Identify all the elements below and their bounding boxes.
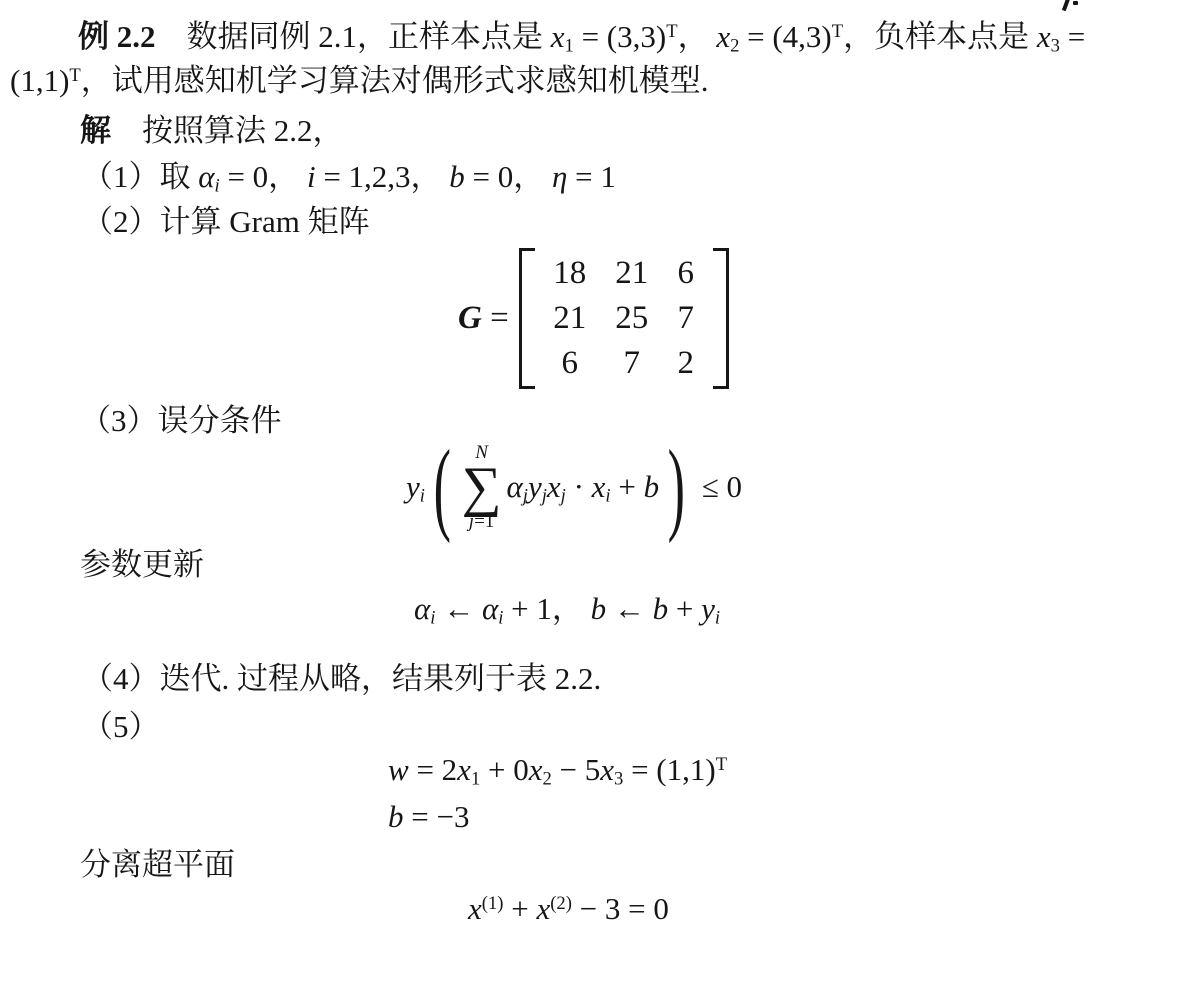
gram-matrix-lhs: G =	[458, 300, 509, 337]
math-token: 例 2.2	[78, 19, 156, 54]
solution-heading: 解 按照算法 2.2，	[80, 112, 344, 149]
math-token: ←	[435, 591, 482, 626]
misclass-body: αjyjxj · xi + b	[507, 469, 660, 505]
result-w-formula: w = 2x1 + 0x2 − 5x3 = (1,1)T	[388, 751, 727, 788]
math-token: = 1,2,3，	[316, 159, 450, 194]
math-token: +	[668, 591, 701, 626]
math-token: =	[482, 300, 509, 336]
math-token: ←	[606, 591, 653, 626]
matrix-cell: 7	[609, 341, 655, 386]
subscript: 3	[614, 769, 623, 790]
math-token: αi	[198, 159, 219, 194]
hyperplane-formula: x(1) + x(2) − 3 = 0	[468, 890, 669, 927]
math-token: = (1,1)T	[623, 752, 727, 787]
subscript: 1	[471, 769, 480, 790]
misclass-inequality: ≤ 0	[702, 469, 742, 505]
math-token: =1	[474, 511, 494, 532]
big-paren-open: (	[434, 444, 451, 529]
summation-lower-limit: j=1	[469, 512, 495, 531]
matrix-cell: 7	[671, 296, 701, 341]
sigma-symbol: ∑	[462, 462, 502, 512]
math-token: +	[503, 891, 536, 926]
example-intro-line2: (1,1)T，试用感知机学习算法对偶形式求感知机模型.	[10, 62, 709, 99]
subscript: 1	[565, 36, 574, 57]
matrix-cell: 6	[671, 251, 701, 296]
math-token: x(2)	[536, 891, 571, 926]
math-token: ，负样本点是	[843, 19, 1037, 54]
superscript: T	[69, 65, 80, 86]
math-token: = 0，	[465, 159, 552, 194]
math-token: xj	[547, 469, 566, 504]
matrix-cell: 18	[547, 251, 593, 296]
result-b-formula: b = −3	[388, 798, 469, 835]
math-token: （1）取	[82, 159, 198, 194]
matrix-cell: 2	[671, 341, 701, 386]
math-token: 数据同例 2.1，正样本点是	[156, 19, 551, 54]
math-token: b	[591, 591, 607, 626]
math-token: ，试用感知机学习算法对偶形式求感知机模型.	[81, 63, 709, 98]
math-token: x3	[600, 752, 623, 787]
math-token: x1	[457, 752, 480, 787]
math-token: + 1，	[503, 591, 590, 626]
math-token: = −3	[404, 799, 470, 834]
math-token: w	[388, 752, 409, 787]
step-5-label: （5）	[82, 708, 160, 745]
math-token: x2	[529, 752, 552, 787]
matrix-cell: 21	[609, 251, 655, 296]
math-token: (1,1)T	[10, 63, 81, 98]
math-token: αi	[482, 591, 503, 626]
math-token: x3	[1037, 19, 1060, 54]
scan-artifact	[1060, 0, 1084, 14]
math-token: = (3,3)T	[574, 19, 678, 54]
subscript: i	[715, 608, 720, 629]
math-token: x1	[551, 19, 574, 54]
step-2-gram-label: （2）计算 Gram 矩阵	[82, 203, 370, 240]
step-3-misclass-label: （3）误分条件	[80, 402, 282, 439]
math-token: =	[1060, 19, 1085, 54]
math-token: x(1)	[468, 891, 503, 926]
superscript: T	[666, 21, 677, 42]
math-token: yi	[406, 469, 425, 504]
gram-matrix-cells: 1821621257672	[535, 248, 713, 389]
math-token: yi	[701, 591, 720, 626]
step-4-iterate: （4）迭代. 过程从略，结果列于表 2.2.	[82, 660, 601, 697]
math-token: − 5	[552, 752, 600, 787]
math-token: 按照算法 2.2，	[111, 113, 344, 148]
math-token: b	[388, 799, 404, 834]
math-token: αj	[507, 469, 528, 504]
scan-artifact-dot	[1073, 1, 1078, 5]
misclassification-formula: yi ( N ∑ j=1 αjyjxj · xi + b ) ≤ 0	[406, 438, 742, 536]
summation: N ∑ j=1	[462, 443, 502, 531]
superscript: T	[716, 754, 727, 775]
example-intro-line1: 例 2.2 数据同例 2.1，正样本点是 x1 = (3,3)T， x2 = (…	[78, 18, 1085, 55]
matrix-left-bracket	[519, 248, 535, 389]
math-token: ·	[566, 469, 592, 504]
matrix-right-bracket	[713, 248, 729, 389]
gram-matrix-equation: G = 1821621257672	[458, 248, 729, 389]
math-token: η	[552, 159, 567, 194]
math-token: = (4,3)T	[739, 19, 843, 54]
matrix-cell: 25	[609, 296, 655, 341]
math-token: i	[307, 159, 316, 194]
superscript: (1)	[482, 893, 504, 914]
math-token: = 0，	[220, 159, 307, 194]
matrix-cell: 6	[547, 341, 593, 386]
subscript: i	[420, 486, 425, 507]
math-token: b	[653, 591, 669, 626]
step-1-init: （1）取 αi = 0， i = 1,2,3， b = 0， η = 1	[82, 158, 616, 195]
math-token: αi	[414, 591, 435, 626]
misclass-prefix: yi	[406, 469, 425, 505]
subscript: 2	[730, 36, 739, 57]
textbook-page: 例 2.2 数据同例 2.1，正样本点是 x1 = (3,3)T， x2 = (…	[0, 0, 1182, 986]
math-token: +	[611, 469, 644, 504]
scan-artifact-tick	[1062, 0, 1070, 11]
math-token: G	[458, 300, 482, 336]
update-formula: αi ← αi + 1， b ← b + yi	[414, 590, 720, 627]
math-token: x2	[716, 19, 739, 54]
math-token: + 0	[480, 752, 528, 787]
math-token: b	[449, 159, 465, 194]
superscript: (2)	[550, 893, 572, 914]
matrix-cell: 21	[547, 296, 593, 341]
math-token: − 3 = 0	[572, 891, 669, 926]
big-paren-close: )	[668, 444, 685, 529]
subscript: 2	[542, 769, 551, 790]
math-token: = 2	[409, 752, 457, 787]
math-token: ≤ 0	[702, 469, 742, 504]
math-token: = 1	[567, 159, 615, 194]
math-token: yj	[528, 469, 547, 504]
hyperplane-label: 分离超平面	[80, 846, 235, 883]
superscript: T	[832, 21, 843, 42]
subscript: 3	[1051, 36, 1060, 57]
math-token: 解	[80, 113, 111, 148]
math-token: b	[644, 469, 660, 504]
math-token: ，	[678, 19, 717, 54]
math-token: xi	[592, 469, 611, 504]
update-label: 参数更新	[80, 546, 204, 583]
